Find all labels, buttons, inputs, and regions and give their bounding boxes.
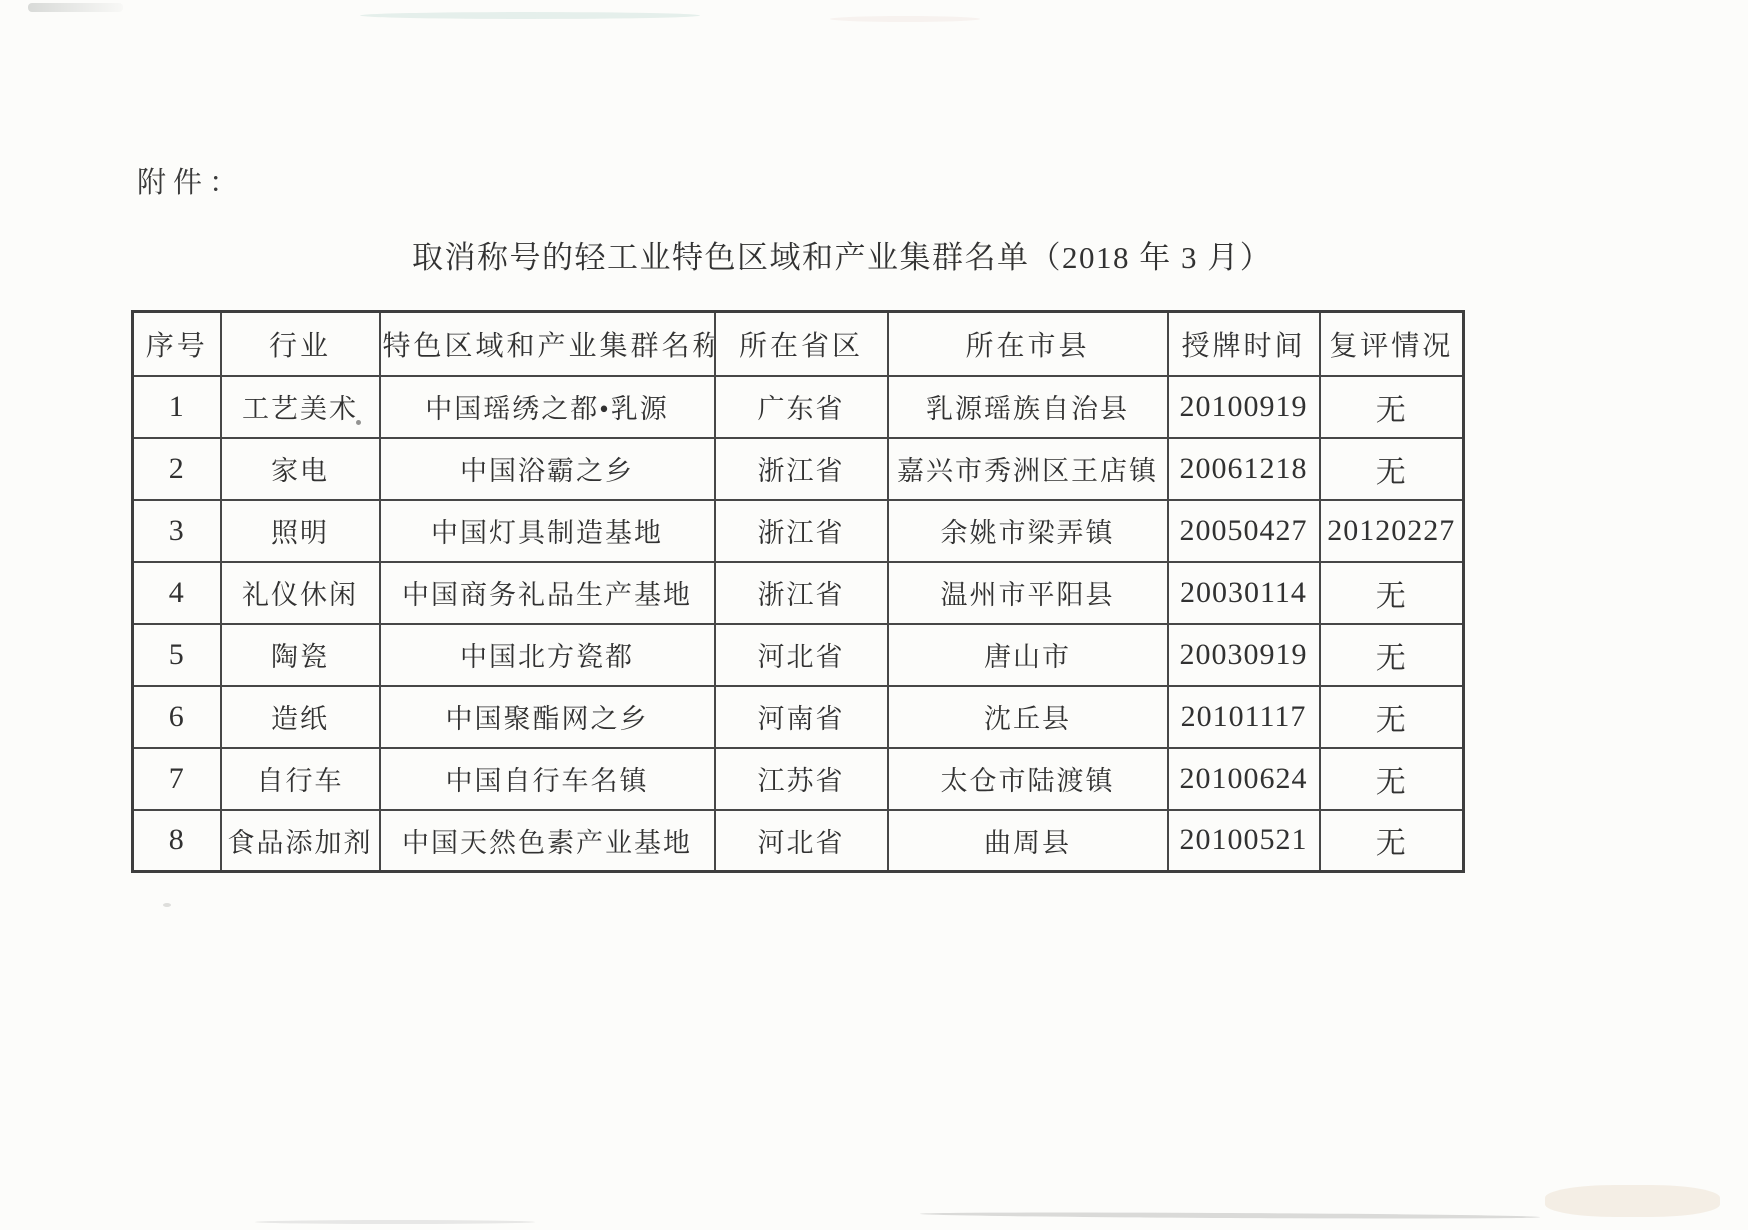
cell-review: 无 <box>1320 376 1464 438</box>
cell-date: 20030919 <box>1168 624 1320 686</box>
cell-city: 乳源瑶族自治县 <box>888 376 1168 438</box>
cell-review: 20120227 <box>1320 500 1464 562</box>
cell-name: 中国商务礼品生产基地 <box>380 562 715 624</box>
cell-province: 广东省 <box>715 376 888 438</box>
table-row: 2 家电 中国浴霸之乡 浙江省 嘉兴市秀洲区王店镇 20061218 无 <box>133 438 1464 500</box>
table-row: 5 陶瓷 中国北方瓷都 河北省 唐山市 20030919 无 <box>133 624 1464 686</box>
scan-artifact <box>920 1211 1540 1219</box>
table-row: 7 自行车 中国自行车名镇 江苏省 太仓市陆渡镇 20100624 无 <box>133 748 1464 810</box>
scan-artifact <box>1545 1185 1720 1217</box>
cell-city: 嘉兴市秀洲区王店镇 <box>888 438 1168 500</box>
cell-province: 浙江省 <box>715 438 888 500</box>
cell-date: 20100521 <box>1168 810 1320 872</box>
cell-name: 中国天然色素产业基地 <box>380 810 715 872</box>
cell-date: 20100624 <box>1168 748 1320 810</box>
cell-industry: 工艺美术 <box>221 376 380 438</box>
cell-city: 余姚市梁弄镇 <box>888 500 1168 562</box>
header-cell-province: 所在省区 <box>715 312 888 376</box>
cell-city: 温州市平阳县 <box>888 562 1168 624</box>
scan-artifact <box>360 12 700 19</box>
cell-review: 无 <box>1320 686 1464 748</box>
cell-review: 无 <box>1320 810 1464 872</box>
scan-artifact <box>830 16 980 22</box>
cell-date: 20030114 <box>1168 562 1320 624</box>
cell-name: 中国灯具制造基地 <box>380 500 715 562</box>
cell-seq: 8 <box>133 810 221 872</box>
cell-seq: 2 <box>133 438 221 500</box>
cell-seq: 5 <box>133 624 221 686</box>
scan-artifact <box>28 3 123 12</box>
table-row: 4 礼仪休闲 中国商务礼品生产基地 浙江省 温州市平阳县 20030114 无 <box>133 562 1464 624</box>
header-cell-city: 所在市县 <box>888 312 1168 376</box>
cell-name: 中国聚酯网之乡 <box>380 686 715 748</box>
cell-seq: 4 <box>133 562 221 624</box>
cell-review: 无 <box>1320 624 1464 686</box>
table-row: 6 造纸 中国聚酯网之乡 河南省 沈丘县 20101117 无 <box>133 686 1464 748</box>
table-row: 3 照明 中国灯具制造基地 浙江省 余姚市梁弄镇 20050427 201202… <box>133 500 1464 562</box>
cell-name: 中国浴霸之乡 <box>380 438 715 500</box>
cell-industry: 照明 <box>221 500 380 562</box>
page-title: 取消称号的轻工业特色区域和产业集群名单（2018 年 3 月） <box>412 232 1272 277</box>
cell-industry: 家电 <box>221 438 380 500</box>
attachment-label: 附件： <box>137 160 245 201</box>
table-row: 8 食品添加剂 中国天然色素产业基地 河北省 曲周县 20100521 无 <box>133 810 1464 872</box>
cancelled-clusters-table: 序号 行业 特色区域和产业集群名称 所在省区 所在市县 授牌时间 复评情况 1 … <box>131 310 1465 873</box>
cell-province: 浙江省 <box>715 500 888 562</box>
cell-province: 江苏省 <box>715 748 888 810</box>
cell-review: 无 <box>1320 438 1464 500</box>
cell-city: 曲周县 <box>888 810 1168 872</box>
cell-seq: 7 <box>133 748 221 810</box>
cell-seq: 3 <box>133 500 221 562</box>
table-header-row: 序号 行业 特色区域和产业集群名称 所在省区 所在市县 授牌时间 复评情况 <box>133 312 1464 376</box>
cell-review: 无 <box>1320 748 1464 810</box>
cell-industry: 自行车 <box>221 748 380 810</box>
cell-name: 中国自行车名镇 <box>380 748 715 810</box>
cell-review: 无 <box>1320 562 1464 624</box>
cell-city: 沈丘县 <box>888 686 1168 748</box>
cell-province: 浙江省 <box>715 562 888 624</box>
cell-city: 太仓市陆渡镇 <box>888 748 1168 810</box>
cell-industry: 造纸 <box>221 686 380 748</box>
cell-date: 20100919 <box>1168 376 1320 438</box>
header-cell-seq: 序号 <box>133 312 221 376</box>
cell-industry: 食品添加剂 <box>221 810 380 872</box>
header-cell-date: 授牌时间 <box>1168 312 1320 376</box>
cell-date: 20101117 <box>1168 686 1320 748</box>
cell-province: 河北省 <box>715 624 888 686</box>
header-cell-industry: 行业 <box>221 312 380 376</box>
cell-seq: 6 <box>133 686 221 748</box>
cell-name: 中国瑶绣之都•乳源 <box>380 376 715 438</box>
scan-artifact <box>255 1220 535 1224</box>
cell-date: 20050427 <box>1168 500 1320 562</box>
header-cell-name: 特色区域和产业集群名称 <box>380 312 715 376</box>
cell-province: 河北省 <box>715 810 888 872</box>
cell-seq: 1 <box>133 376 221 438</box>
cell-province: 河南省 <box>715 686 888 748</box>
scan-artifact <box>163 903 171 907</box>
cell-date: 20061218 <box>1168 438 1320 500</box>
cell-industry: 礼仪休闲 <box>221 562 380 624</box>
cell-name: 中国北方瓷都 <box>380 624 715 686</box>
scanned-document-page: 附件： 取消称号的轻工业特色区域和产业集群名单（2018 年 3 月） 序号 行… <box>0 0 1748 1230</box>
cell-industry: 陶瓷 <box>221 624 380 686</box>
table-row: 1 工艺美术 中国瑶绣之都•乳源 广东省 乳源瑶族自治县 20100919 无 <box>133 376 1464 438</box>
cell-city: 唐山市 <box>888 624 1168 686</box>
header-cell-review: 复评情况 <box>1320 312 1464 376</box>
